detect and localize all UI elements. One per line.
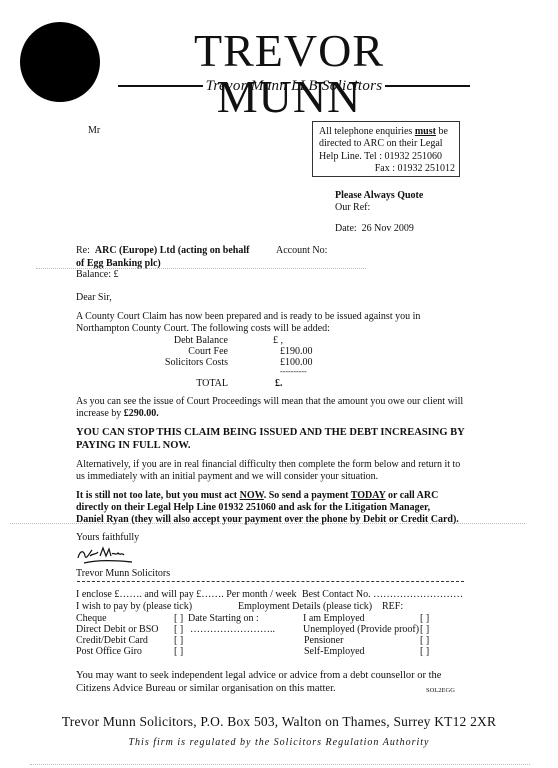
total-value: £. (275, 378, 283, 390)
ref-label: REF: (382, 601, 403, 613)
our-ref-label: Our Ref: (335, 202, 370, 214)
payment-method-giro: Post Office Giro (76, 646, 142, 658)
costs-separator: ---------- (280, 366, 307, 378)
date-line: Date: 26 Nov 2009 (335, 223, 414, 235)
date-value: 26 Nov 2009 (362, 223, 414, 234)
balance-line: Balance: £ (76, 269, 118, 281)
advice-line-1: You may want to seek independent legal a… (76, 670, 441, 682)
footer-regulation: This firm is regulated by the Solicitors… (0, 737, 558, 748)
act-now-line-1: It is still not too late, but you must a… (76, 490, 438, 502)
now-emphasis: NOW (240, 490, 264, 501)
faint-rule (30, 764, 530, 765)
notice-line-1: All telephone enquiries must be (319, 126, 459, 138)
total-label: TOTAL (140, 378, 228, 390)
increase-amount: £290.00. (124, 408, 159, 419)
intro-line-2: Northampton County Court. The following … (76, 323, 330, 335)
employment-self-employed: Self-Employed (304, 646, 365, 658)
date-label: Date: (335, 223, 357, 234)
subtitle-rule-right (385, 85, 470, 87)
checkbox-giro[interactable]: [ ] (174, 646, 183, 658)
date-starting-field[interactable]: …………………….. (190, 624, 275, 636)
cost-label-solicitors: Solicitors Costs (120, 357, 228, 369)
checkbox-self-employed[interactable]: [ ] (420, 646, 429, 658)
footer-address: Trevor Munn Solicitors, P.O. Box 503, Wa… (0, 714, 558, 730)
re-title: ARC (Europe) Ltd (acting on behalf (95, 245, 250, 256)
black-circle-logo-icon (20, 22, 100, 102)
recipient-name: Mr (88, 125, 100, 137)
act-now-line-3: Daniel Ryan (they will also accept your … (76, 514, 459, 526)
advice-line-2: Citizens Advice Bureau or similar organi… (76, 683, 336, 695)
quote-label: Please Always Quote (335, 190, 423, 202)
act-now-line-2: directly on their Legal Help Line 01932 … (76, 502, 430, 514)
warning-line-1: YOU CAN STOP THIS CLAIM BEING ISSUED AND… (76, 427, 465, 439)
notice-emphasis: must (415, 126, 436, 137)
balance-value: £ (113, 269, 118, 280)
notice-line-2: directed to ARC on their Legal (319, 138, 459, 150)
firm-subtitle-row: Trevor Munn LLB Solicitors (118, 78, 470, 94)
pay-by-heading: I wish to pay by (please tick) (76, 601, 192, 613)
today-emphasis: TODAY (351, 490, 386, 501)
subject-line-1: Re: ARC (Europe) Ltd (acting on behalf (76, 245, 249, 257)
alternative-line-1: Alternatively, if you are in real financ… (76, 459, 460, 471)
notice-line-3: Help Line. Tel : 01932 251060 (319, 151, 459, 163)
employment-heading: Employment Details (please tick) (238, 601, 372, 613)
greeting: Dear Sir, (76, 292, 112, 304)
balance-label: Balance: (76, 269, 111, 280)
subtitle-rule-left (118, 85, 203, 87)
re-label: Re: (76, 245, 90, 256)
firm-name: TREVOR MUNN (118, 28, 460, 120)
increase-line-2: increase by £290.00. (76, 408, 159, 420)
increase-line-1: As you can see the issue of Court Procee… (76, 396, 463, 408)
tear-off-line (77, 581, 464, 582)
enclose-line[interactable]: I enclose £……. and will pay £……. Per mon… (76, 589, 297, 601)
firm-subtitle: Trevor Munn LLB Solicitors (203, 78, 386, 95)
warning-line-2: PAYING IN FULL NOW. (76, 440, 191, 452)
best-contact-field[interactable]: Best Contact No. ……………………… (302, 589, 463, 601)
signatory: Trevor Munn Solicitors (76, 568, 170, 580)
handwritten-signature-icon (76, 544, 136, 566)
telephone-notice-box: All telephone enquiries must be directed… (312, 121, 460, 177)
document-code: SOL2EGG (426, 685, 455, 697)
notice-fax: Fax : 01932 251012 (319, 163, 459, 175)
closing: Yours faithfully (76, 532, 139, 544)
account-no-label: Account No: (276, 245, 327, 257)
intro-line-1: A County Court Claim has now been prepar… (76, 311, 420, 323)
alternative-line-2: us immediately with an initial payment a… (76, 471, 378, 483)
